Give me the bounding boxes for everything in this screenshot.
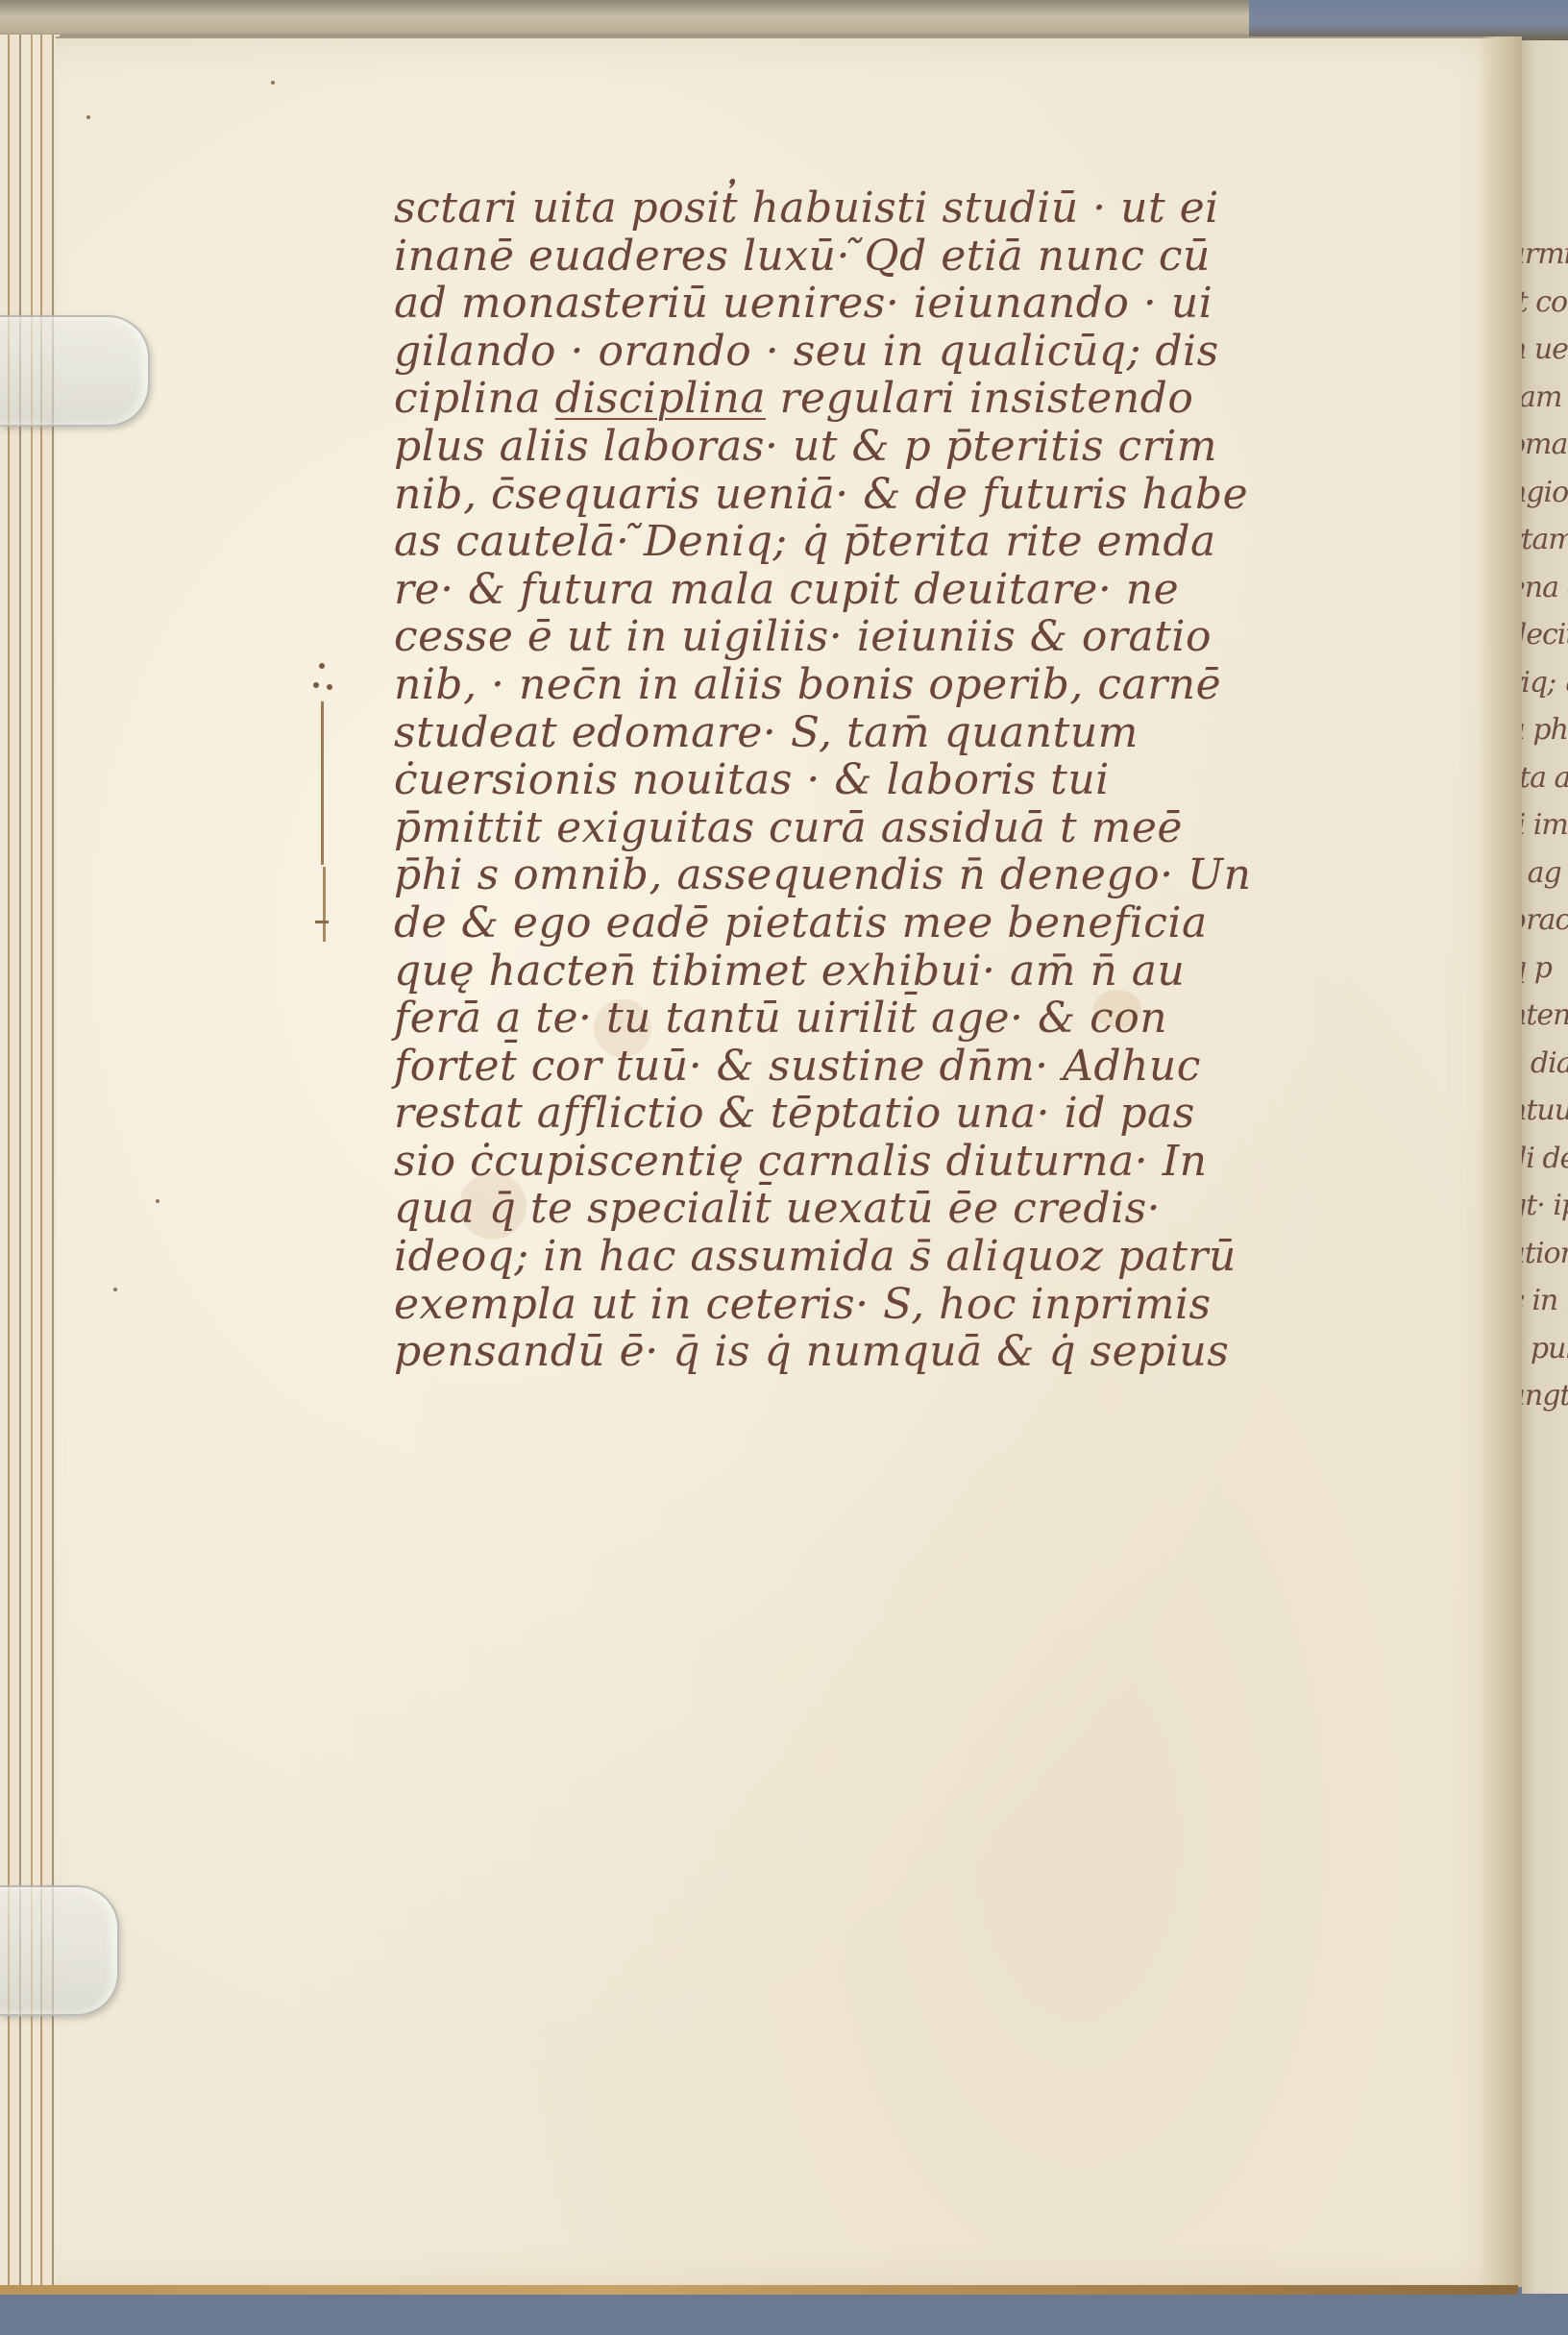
manuscript-text-block: sctari uita posit̓ habuisti studiū · ut… [394,184,1470,1376]
facing-line: brac [1522,897,1568,945]
text-line-start: ciplina [394,374,555,423]
text-line: nib, · nec̄n in aliis bonis operib, carn… [394,661,1470,709]
facing-line: s dial [1522,1040,1568,1088]
text-line: ċuersionis nouitas · & laboris tui [394,756,1470,804]
margin-stem [321,701,324,865]
book-bottom-edge [0,2285,1518,2295]
speck [113,1288,117,1291]
text-line: ferā a te· tu tantū uirilit̄ age· & co… [394,995,1470,1043]
margin-dot [313,682,319,688]
facing-line: decit [1522,611,1568,659]
margin-bracket-mark [313,663,336,942]
text-line: ciplina disciplina regulari insistendo [394,375,1470,423]
margin-dot [327,684,332,690]
facing-line: tta a [1522,754,1568,802]
text-line: inanē euaderes luxū· ̃Qd etiā nunc cu… [394,233,1470,281]
facing-line: t̄ ag [1522,849,1568,897]
text-line: sio ċcupiscentię carnalis diuturna· In [394,1138,1470,1186]
facing-line: rtam [1522,516,1568,564]
text-line: de & ego eadē pietatis mee beneficia [394,899,1470,947]
facing-line: ena c [1522,564,1568,612]
text-line: nib, c̄sequaris ueniā· & de futuris hab… [394,471,1470,519]
facing-line: gt· ipsis [1522,1182,1568,1230]
facing-line: ntuue [1522,1087,1568,1135]
text-line: pensandū ē· q̄ is q̇ numquā & q̇ sepi… [394,1328,1470,1376]
book-cover-top-edge [0,0,1249,40]
text-line: plus aliis laboras· ut & p p̄teritis cri… [394,423,1470,471]
facing-line: ationis [1522,1230,1568,1278]
text-line: re· & futura mala cupit deuitare· ne [394,566,1470,614]
background-top-right [1249,0,1568,40]
facing-line: c in re [1522,1277,1568,1325]
facing-line: s pub, q [1522,1325,1568,1373]
text-line: sctari uita posit̓ habuisti studiū · ut… [394,184,1470,233]
facing-line: angto [1522,1372,1568,1420]
facing-line: riq; q [1522,659,1568,707]
facing-line: li imp [1522,801,1568,849]
facing-line: di def [1522,1135,1568,1183]
facing-line: tam c [1522,374,1568,422]
text-line: studeat edomare· S, tam̄ quantum [394,709,1470,757]
facing-line: armis c [1522,231,1568,279]
text-line: ad monasteriū uenires· ieiunando · ui [394,280,1470,328]
margin-dot [319,663,325,669]
speck [156,1199,159,1203]
underlined-word: disciplina [555,374,766,423]
facing-line: q̇ p [1522,945,1568,993]
facing-line: ngio [1522,469,1568,517]
facing-line: ntent [1522,992,1568,1040]
text-line: gilando · orando · seu in qualicūq; dis [394,328,1470,376]
speck [271,81,275,85]
text-line: exempla ut in ceteris· S, hoc inprimis [394,1281,1470,1329]
facing-line: a ph [1522,706,1568,754]
text-line: cesse ē ut in uigiliis· ieiuniis & orat… [394,613,1470,661]
facing-line: n uen [1522,326,1568,374]
margin-tail [323,867,326,942]
background-bottom [0,2289,1568,2335]
facing-line: it co [1522,279,1568,327]
text-line: p̄mittit exiguitas curā assiduā t meē [394,804,1470,852]
text-line: as cautelā· ̃Deniq; q̇ p̄terita rite em… [394,518,1470,566]
text-line: quę hacten̄ tibimet exhibui· am̄ n̄ au [394,947,1470,995]
facing-line: oman [1522,421,1568,469]
margin-hook [315,921,329,923]
page-clip-upper [0,315,150,427]
text-line: p̄hi s omnib, assequendis n̄ denego· Un [394,851,1470,899]
facing-page-edge: armis c it co n uen tam c oman ngio rtam… [1522,40,1568,2294]
page-clip-lower [0,1885,119,2016]
text-line: fortet̄ cor tuū· & sustine dn̄m· Adhuc [394,1043,1470,1091]
text-line: restat afflictio & tēptatio una· id pas [394,1090,1470,1138]
text-line-end: regulari insistendo [766,374,1193,423]
speck [86,115,90,119]
text-line: qua q̄ te specialit̄ uexatū ēe credis· [394,1185,1470,1233]
gutter-shadow [1480,37,1522,2287]
text-line: ideoq; in hac assumida s̄ aliquoz patrū [394,1233,1470,1281]
facing-page-text: armis c it co n uen tam c oman ngio rtam… [1522,231,1568,1420]
